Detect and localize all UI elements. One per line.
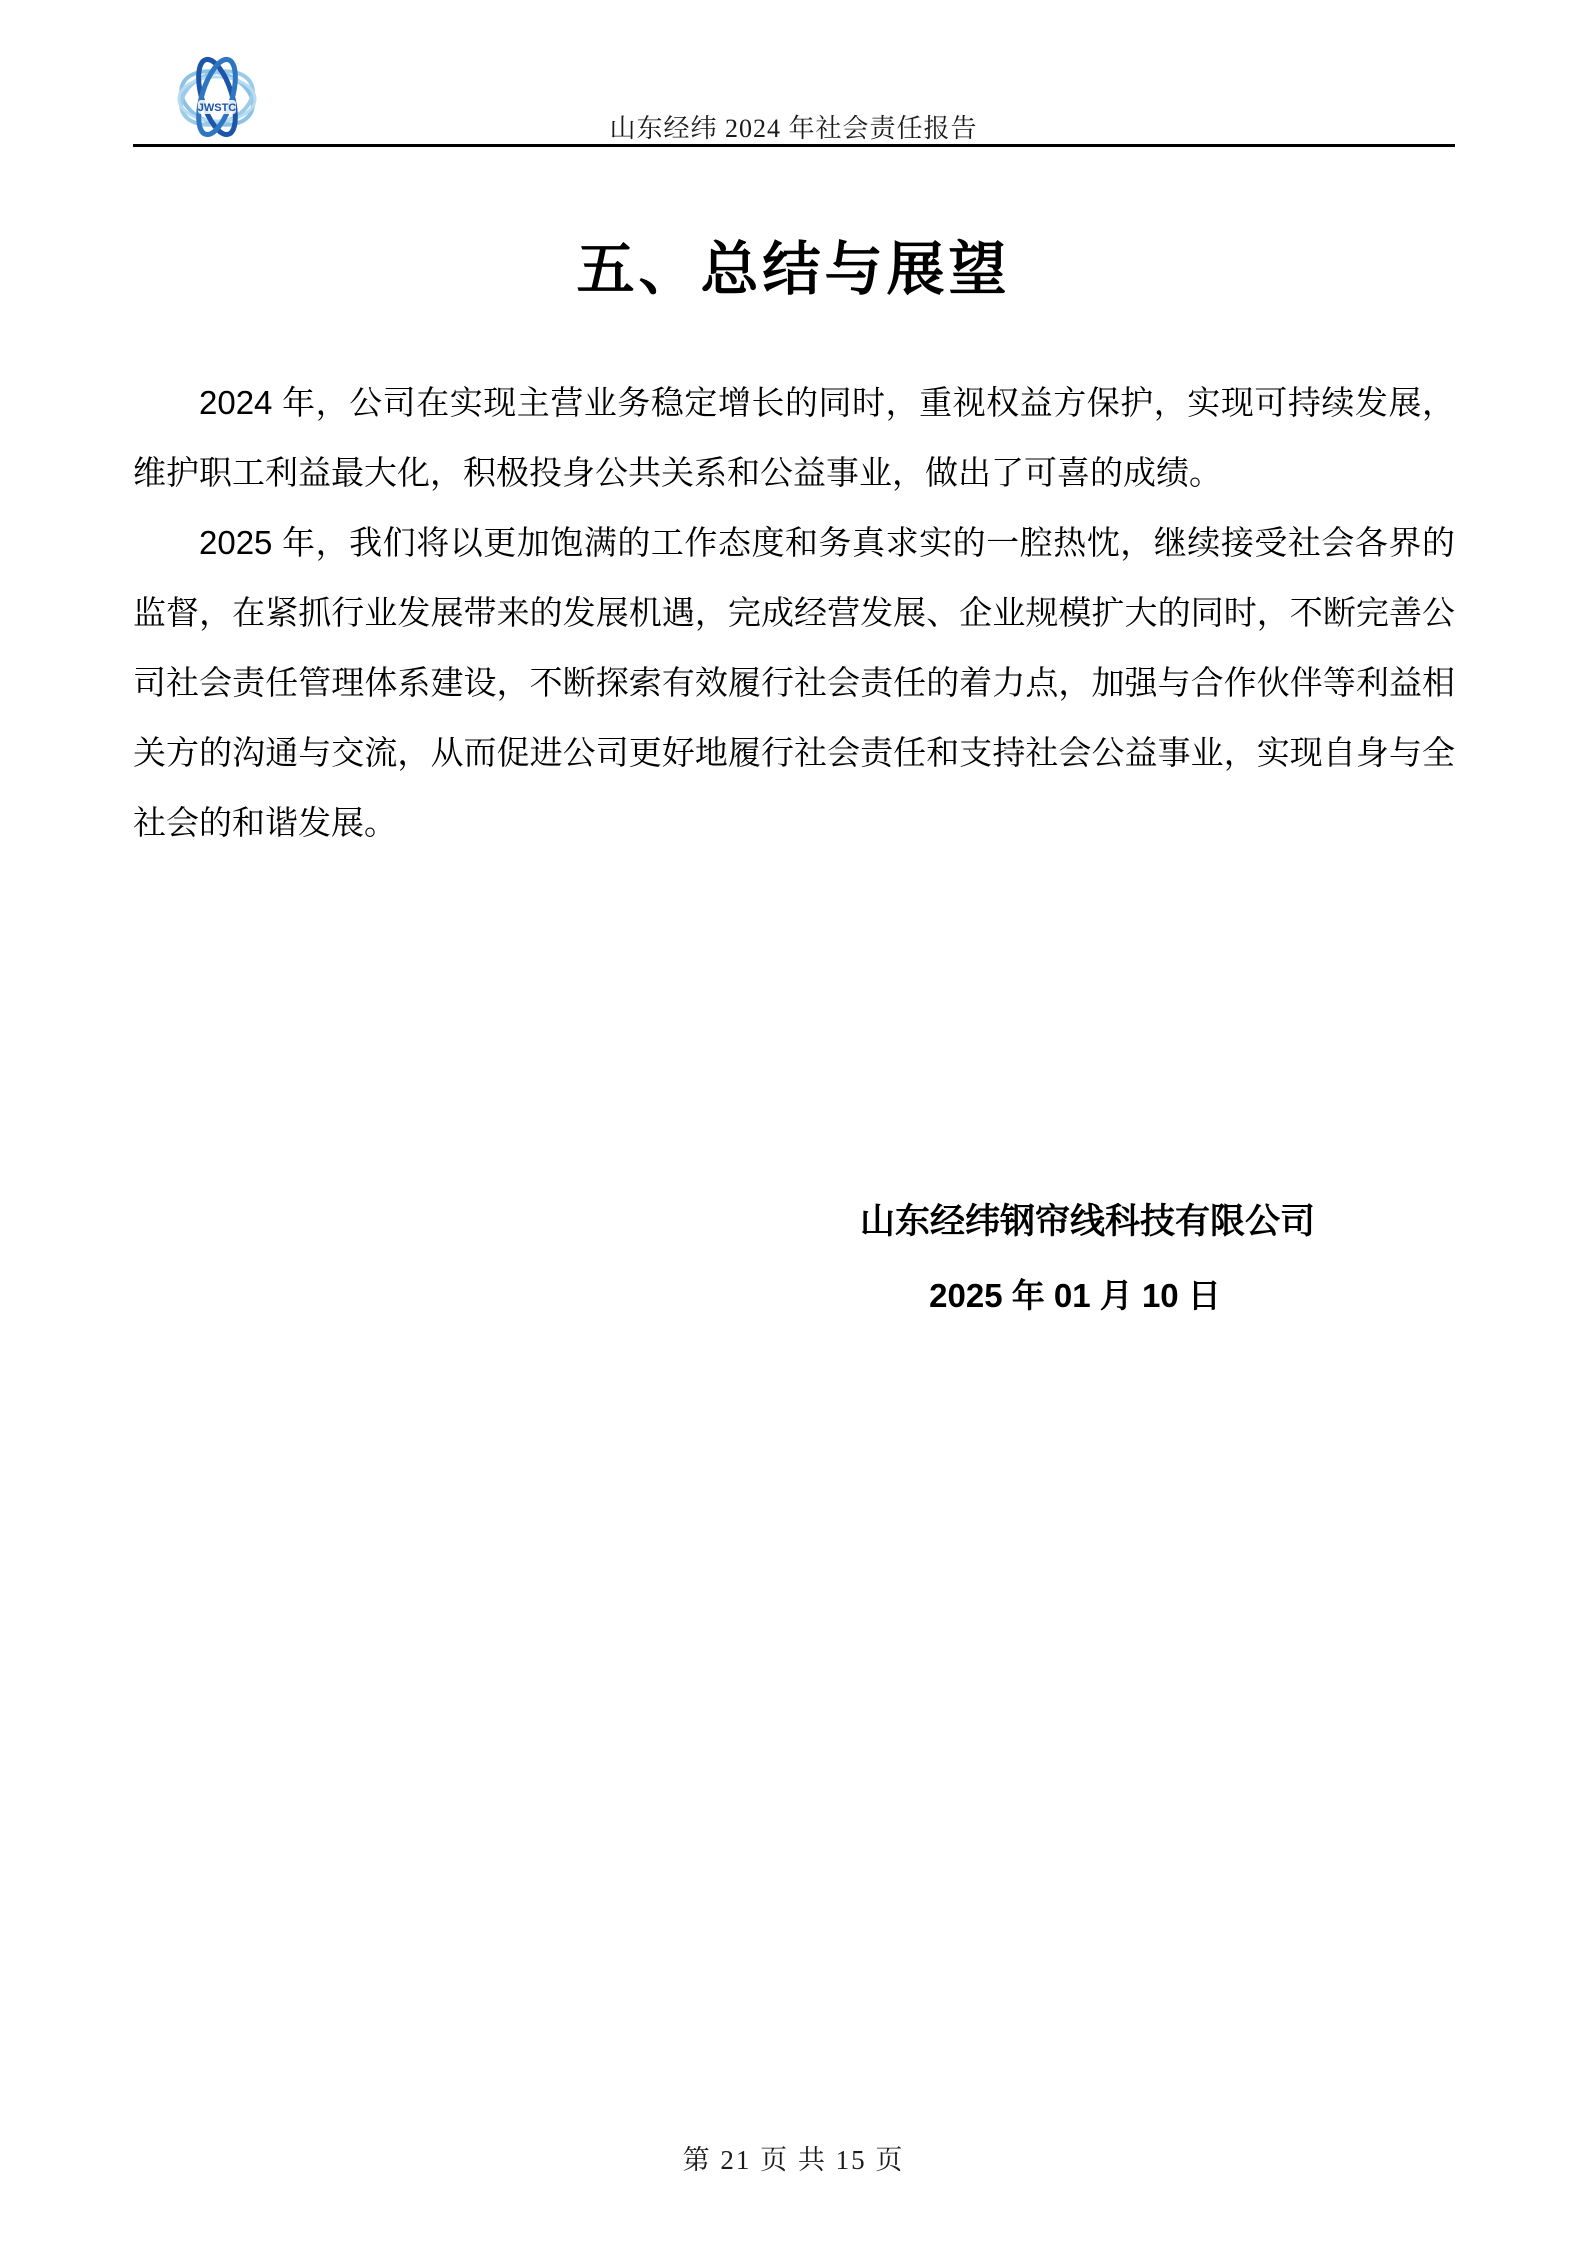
page-footer: 第 21 页 共 15 页 [0,2138,1587,2177]
paragraph-2: 2025 年，我们将以更加饱满的工作态度和务真求实的一腔热忱，继续接受社会各界的… [133,508,1455,858]
report-page: JWSTC 山东经纬 2024 年社会责任报告 五、总结与展望 2024 年，公… [0,0,1587,2245]
section-title: 五、总结与展望 [0,222,1587,306]
header-divider [133,144,1455,147]
paragraph-1: 2024 年，公司在实现主营业务稳定增长的同时，重视权益方保护，实现可持续发展，… [133,368,1455,508]
body-text: 2024 年，公司在实现主营业务稳定增长的同时，重视权益方保护，实现可持续发展，… [133,368,1455,858]
report-header-title: 山东经纬 2024 年社会责任报告 [0,108,1587,145]
signature-date: 2025 年 01 月 10 日 [860,1272,1290,1320]
signature-block: 山东经纬钢帘线科技有限公司 2025 年 01 月 10 日 [860,1198,1290,1320]
signature-company: 山东经纬钢帘线科技有限公司 [860,1198,1290,1246]
